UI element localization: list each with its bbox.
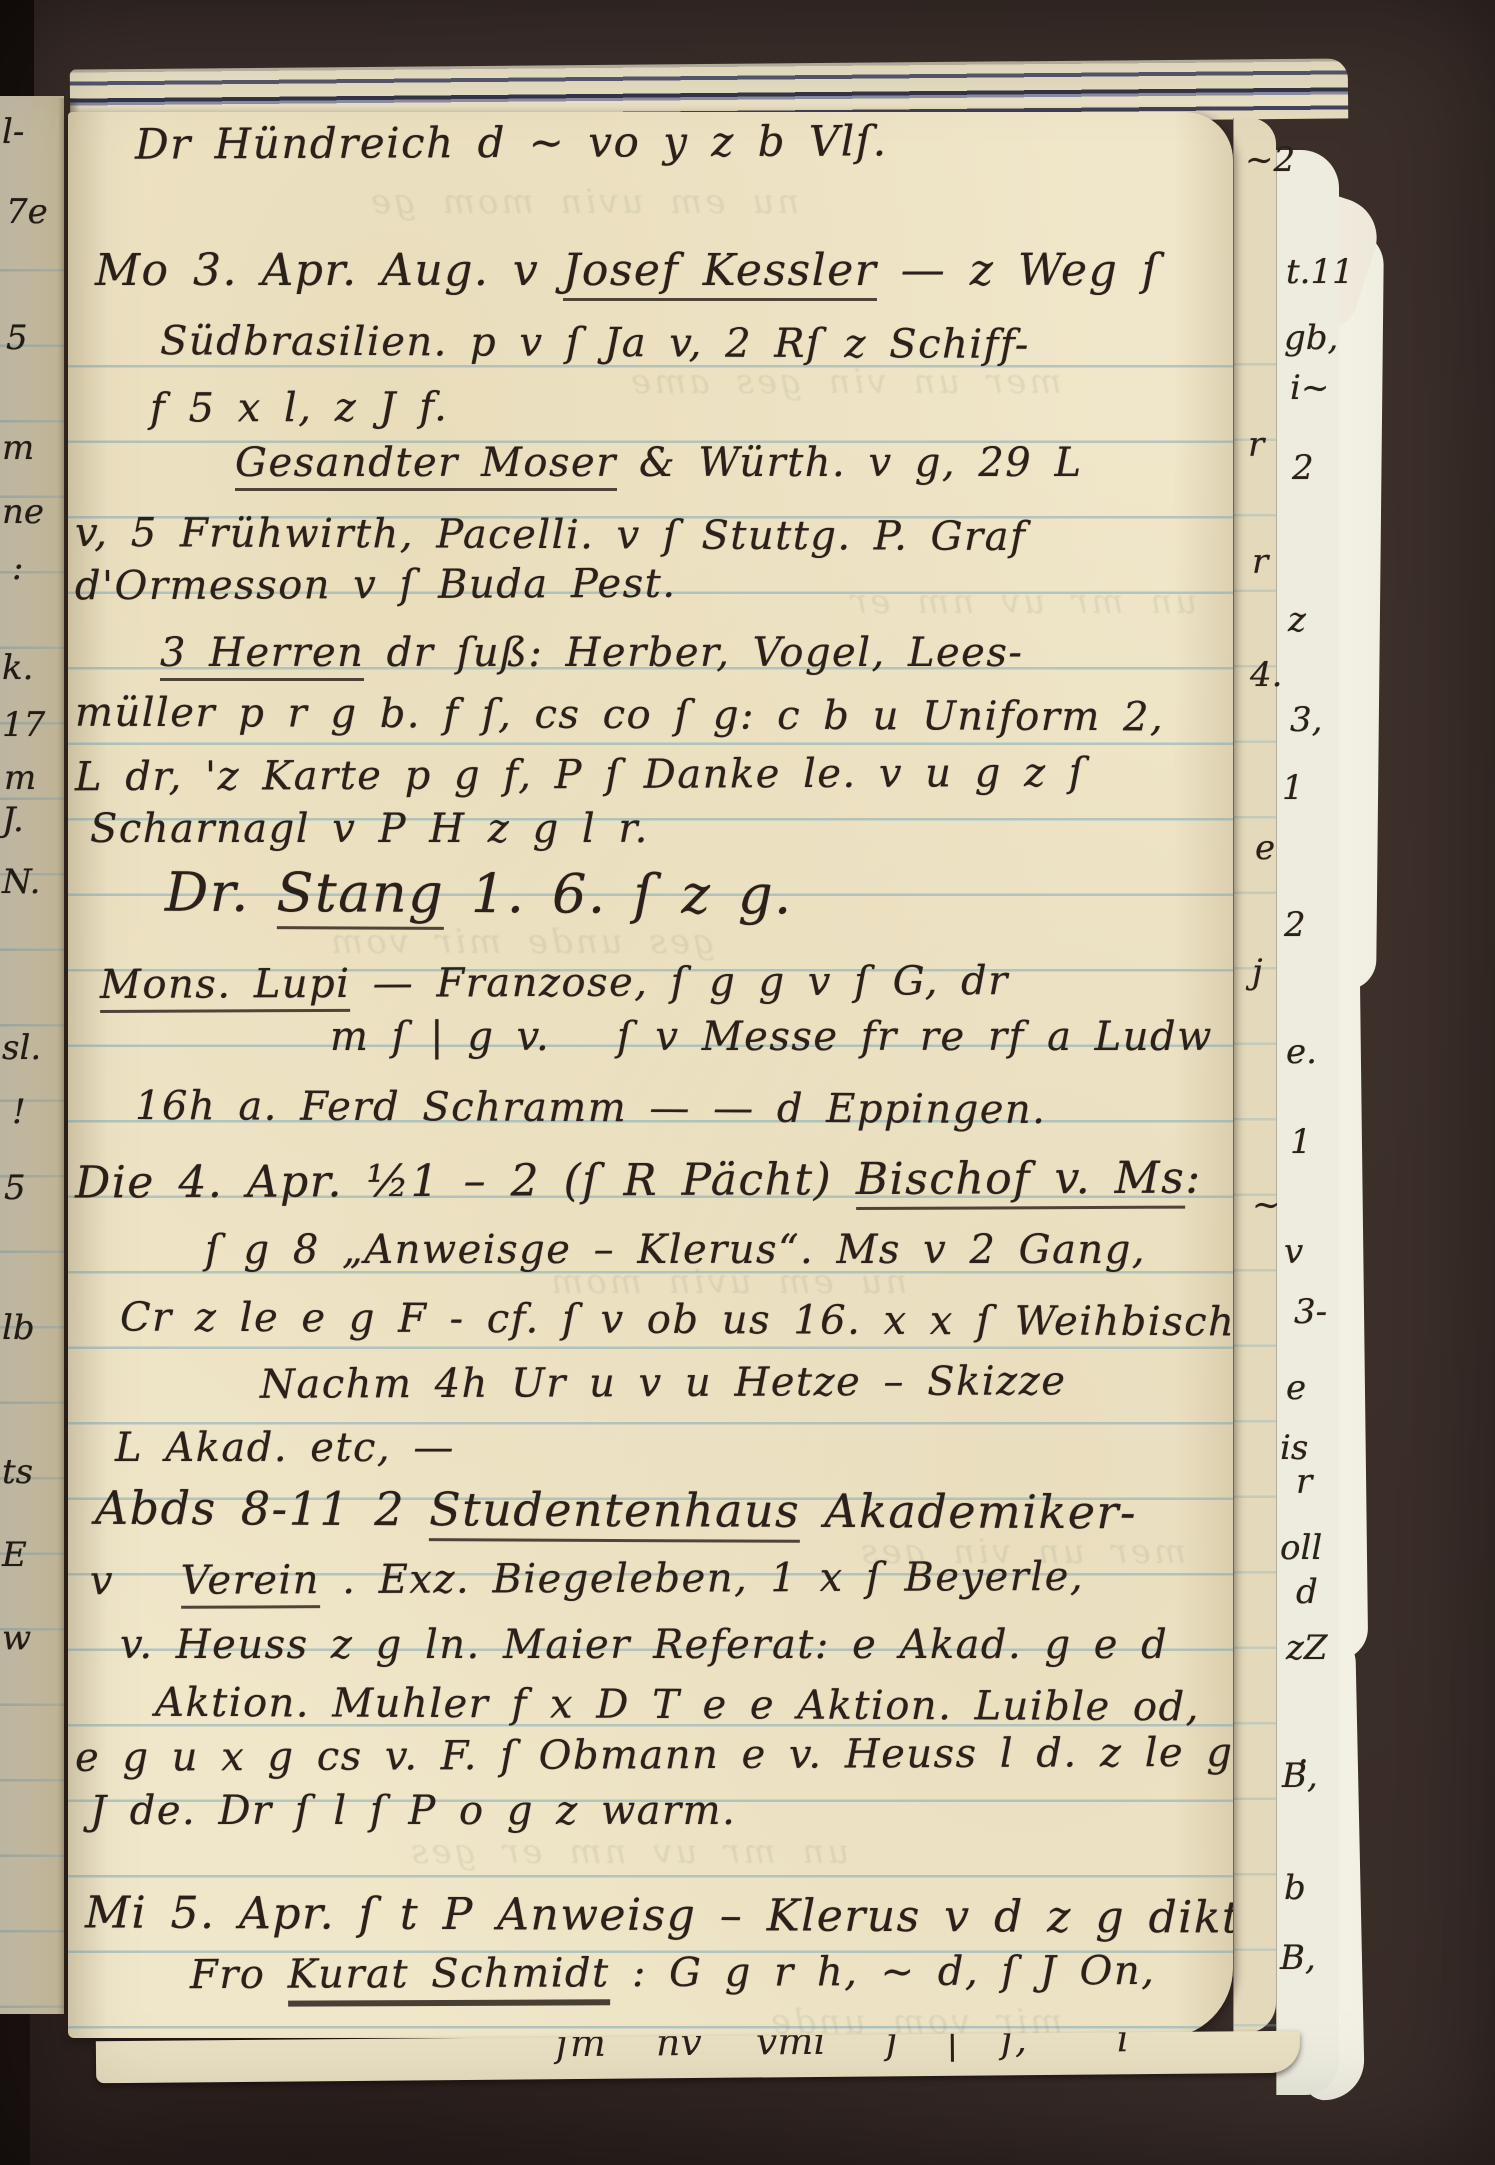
handwriting-line: L Akad. etc, — (115, 1425, 455, 1471)
underlined-handwriting: Gesandter Moser (235, 440, 617, 491)
ink-showthrough: nu em uvin mom ge (368, 182, 799, 222)
page-edge-fragment: i~ (1290, 368, 1329, 408)
page-edge-fragment: r (1252, 542, 1268, 582)
handwriting-text: L Akad. etc, — (115, 1425, 455, 1471)
handwriting-text: Nachm 4h Ur u v u Hetze – Skizze (260, 1358, 1067, 1408)
handwriting-text: — Franzose, ſ g g v ſ G, dr (350, 958, 1009, 1007)
page-edge-fragment: lb (2, 1308, 35, 1348)
page-edge-fragment: r (1296, 1462, 1312, 1502)
page-edge-fragment: 5 (4, 1168, 26, 1208)
page-edge-fragment: gb, (1284, 318, 1338, 358)
handwriting-text: 16h a. Ferd Schramm — — d Eppingen. (135, 1083, 1047, 1133)
handwriting-text: Dr. (165, 861, 277, 924)
page-edge-fragment: m (2, 428, 34, 468)
page-edge-fragment: k. (2, 648, 33, 688)
clipped-writing-mark: nv (656, 2031, 702, 2065)
handwriting-text: Fro (190, 1952, 288, 1998)
handwriting-line: e g u x g cs v. F. ſ Obmann e v. Heuss l… (75, 1729, 1233, 1781)
page-edge-fragment: : (12, 548, 23, 588)
page-edge-fragment: 2 (1292, 448, 1314, 488)
page-edge-fragment: t.11 (1286, 252, 1354, 292)
page-edge-fragment: 3- (1294, 1292, 1327, 1332)
handwriting-text: Südbrasilien. p v ſ Ja v, 2 Rſ z Schiff- (160, 318, 1030, 368)
page-edge-fragment: J. (2, 800, 24, 840)
handwriting-line: Mo 3. Apr. Aug. v Josef Kessler — z Weg … (95, 245, 1160, 296)
handwriting-text: J de. Dr ſ l ſ P o g z warm. (90, 1788, 736, 1834)
ink-showthrough: mer un vin ges ame (628, 362, 1062, 402)
under-page-edge-1 (1233, 118, 1276, 2033)
handwriting-line: Mons. Lupi — Franzose, ſ g g v ſ G, dr (100, 958, 1009, 1008)
clipped-writing-mark: ſ, (1001, 2031, 1028, 2062)
handwriting-text: — z Weg ſ (877, 245, 1159, 296)
handwriting-text: v, 5 Frühwirth, Pacelli. v ſ Stuttg. P. … (75, 510, 1027, 560)
page-edge-fragment: b (1284, 1868, 1306, 1908)
handwriting-line: Cr z le e g F - cf. ſ v ob us 16. x x ſ … (120, 1294, 1233, 1345)
underlined-handwriting: Mons. Lupi (100, 961, 351, 1013)
handwriting-text: Scharnagl v P H z g l r. (90, 806, 649, 852)
page-edge-fragment: 3, (1290, 700, 1322, 740)
handwriting-text: 1. 6. ſ z g. (444, 862, 793, 927)
handwriting-line: v. Heuss z g ln. Maier Referat: e Akad. … (120, 1622, 1168, 1668)
page-edge-fragment: zZ (1286, 1628, 1328, 1668)
handwriting-text: Mo 3. Apr. Aug. v (95, 245, 563, 296)
page-edge-fragment: 1 (1290, 1122, 1312, 1162)
handwriting-text: Abds 8-11 2 (95, 1481, 429, 1536)
handwriting-text: Die 4. Apr. ½1 – 2 (ſ R Pächt) (75, 1154, 856, 1208)
handwriting-line: Nachm 4h Ur u v u Hetze – Skizze (260, 1358, 1067, 1408)
page-edge-fragment: d (1296, 1572, 1318, 1612)
handwriting-text: L dr, 'z Karte p g f, P ſ Danke le. v u … (75, 750, 1085, 800)
underlined-handwriting: Josef Kessler (563, 245, 878, 301)
clipped-writing-mark: vmi (756, 2031, 826, 2064)
under-page-bottom-edge: ſmnvvmiſ|ſ,ı (96, 2031, 1300, 2084)
handwriting-text: : G g r h, ~ d, ſ J On, (610, 1948, 1156, 1996)
page-edge-fragment: ts (2, 1452, 33, 1492)
handwriting-text: Cr z le e g F - cf. ſ v ob us 16. x x ſ … (120, 1294, 1233, 1345)
page-edge-fragment: 7e (6, 192, 48, 232)
handwriting-line: J de. Dr ſ l ſ P o g z warm. (90, 1788, 736, 1834)
handwriting-line: v, 5 Frühwirth, Pacelli. v ſ Stuttg. P. … (75, 510, 1027, 560)
page-edge-fragment: ne (2, 492, 44, 532)
cover-shadow-bottom-left (0, 2005, 30, 2165)
underlined-handwriting: Kurat Schmidt (288, 1950, 610, 2006)
handwriting-line: m ſ | g v. ſ v Messe fr re rf a Ludw (330, 1014, 1213, 1060)
page-edge-fragment: E (2, 1535, 27, 1575)
handwriting-line: Fro Kurat Schmidt : G g r h, ~ d, ſ J On… (190, 1948, 1156, 1998)
page-edge-fragment: 4. (1250, 655, 1282, 695)
page-edge-fragment: oll (1280, 1528, 1322, 1568)
page-edge-fragment: w (2, 1618, 31, 1658)
handwriting-text: e g u x g cs v. F. ſ Obmann e v. Heuss l… (75, 1729, 1233, 1781)
handwriting-line: Dr. Stang 1. 6. ſ z g. (165, 861, 793, 927)
clipped-writing-mark: | (946, 2031, 959, 2062)
handwriting-text: & Würth. v g, 29 L (617, 440, 1083, 486)
handwriting-text: : (1185, 1153, 1202, 1204)
page-edge-fragment: j (1252, 952, 1263, 992)
diary-page: Dr Hündreich d ~ vo y z b Vlſ.Mo 3. Apr.… (68, 112, 1233, 2038)
clipped-writing-mark: ſ (886, 2031, 900, 2063)
handwriting-line: 3 Herren dr ſuß: Herber, Vogel, Lees- (160, 630, 1023, 676)
handwriting-line: f 5 x l, z J f. (150, 384, 449, 431)
ink-showthrough: mer un vin ges (858, 1532, 1186, 1572)
page-edge-fragment: B, (1282, 1756, 1318, 1796)
page-edge-fragment: B, (1280, 1938, 1316, 1978)
handwriting-text: Akademiker- (800, 1484, 1137, 1539)
page-edge-fragment: e (1255, 828, 1275, 868)
page-edge-fragment: r (1248, 425, 1264, 465)
page-edge-fragment: z (1288, 600, 1306, 640)
handwriting-text: v. Heuss z g ln. Maier Referat: e Akad. … (120, 1622, 1168, 1668)
page-edge-fragment: m (4, 758, 36, 798)
page-edge-fragment: 5 (6, 318, 28, 358)
handwriting-text: m ſ | g v. ſ v Messe fr re rf a Ludw (330, 1014, 1213, 1060)
ink-showthrough: un mr uv nm er (848, 582, 1197, 622)
page-edge-fragment: ~2 (1245, 140, 1295, 180)
page-edge-fragment: 2 (1284, 905, 1306, 945)
ink-showthrough: nu em uvin mom (548, 1262, 907, 1302)
handwriting-line: Mi 5. Apr. ſ t P Anweisg – Klerus v d z … (85, 1887, 1233, 1943)
handwriting-text: Aktion. Muhler f x D T e e Aktion. Luibl… (155, 1680, 1200, 1731)
handwriting-text: Mi 5. Apr. ſ t P Anweisg – Klerus v d z … (85, 1887, 1233, 1943)
handwriting-line: Gesandter Moser & Würth. v g, 29 L (235, 440, 1083, 486)
underlined-handwriting: Studentenhaus (429, 1482, 800, 1543)
page-edge-fragment: 1 (1282, 768, 1304, 808)
handwriting-text: müller p r g b. f ſ, cs co ſ g: c b u Un… (75, 690, 1164, 741)
page-edge-fragment: e. (1286, 1032, 1317, 1072)
handwriting-line: d'Ormesson v ſ Buda Pest. (75, 561, 677, 610)
handwriting-line: Dr Hündreich d ~ vo y z b Vlſ. (135, 116, 888, 168)
page-edge-fragment: ! (12, 1092, 26, 1132)
handwriting-text: Dr Hündreich d ~ vo y z b Vlſ. (135, 116, 888, 168)
handwriting-text: dr ſuß: Herber, Vogel, Lees- (364, 630, 1023, 676)
handwriting-line: Aktion. Muhler f x D T e e Aktion. Luibl… (155, 1680, 1200, 1731)
page-edge-fragment: v (1284, 1232, 1303, 1272)
handwriting-line: müller p r g b. f ſ, cs co ſ g: c b u Un… (75, 690, 1164, 741)
handwriting-text: v (90, 1558, 181, 1604)
underlined-handwriting: Verein (181, 1557, 320, 1609)
handwriting-line: Die 4. Apr. ½1 – 2 (ſ R Pächt) Bischof v… (75, 1153, 1202, 1209)
handwriting-line: Scharnagl v P H z g l r. (90, 806, 649, 852)
underlined-handwriting: Bischof v. Ms (856, 1153, 1186, 1210)
handwriting-text: d'Ormesson v ſ Buda Pest. (75, 561, 677, 610)
page-edge-fragment: N. (2, 862, 40, 902)
underlined-handwriting: Stang (276, 861, 444, 930)
page-edge-fragment: e (1286, 1368, 1306, 1408)
handwriting-text: f 5 x l, z J f. (150, 384, 449, 431)
page-edge-fragment: sl. (2, 1028, 41, 1068)
clipped-writing-mark: ı (1116, 2031, 1129, 2061)
handwriting-line: Südbrasilien. p v ſ Ja v, 2 Rſ z Schiff- (160, 318, 1030, 368)
handwriting-line: Abds 8-11 2 Studentenhaus Akademiker- (95, 1481, 1137, 1540)
underlined-handwriting: 3 Herren (160, 630, 364, 681)
page-edge-fragment: l- (2, 112, 24, 152)
page-edge-fragment: 17 (2, 705, 45, 745)
notebook-scan: Dr Hündreich d ~ vo y z b Vlſ.Mo 3. Apr.… (0, 0, 1495, 2165)
handwriting-line: L dr, 'z Karte p g f, P ſ Danke le. v u … (75, 750, 1085, 800)
handwriting-line: 16h a. Ferd Schramm — — d Eppingen. (135, 1083, 1047, 1133)
ink-showthrough: un mr uv nm er ges (408, 1832, 849, 1872)
page-edge-fragment: ~ (1252, 1185, 1281, 1225)
ink-showthrough: ges unde mir vom (328, 922, 715, 962)
